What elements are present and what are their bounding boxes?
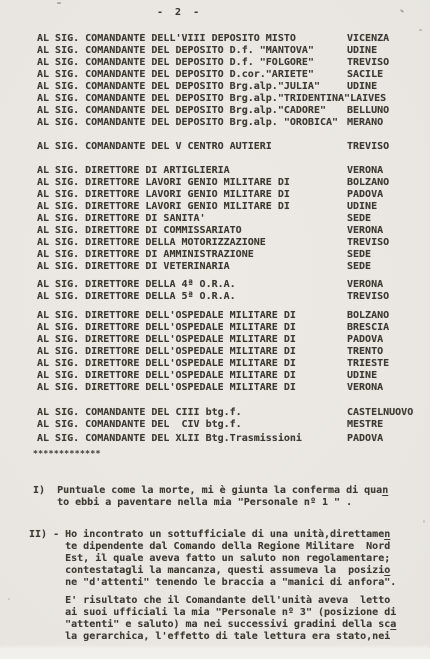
recipient-title: AL SIG. COMANDANTE DEL DEPOSITO Brg.alp.… xyxy=(37,81,320,93)
recipient-title: AL SIG. COMANDANTE DELL'VIII DEPOSITO MI… xyxy=(37,33,296,45)
recipient-city: SEDE xyxy=(347,261,371,273)
paragraph-text: I) Puntuale come la morte, mi è giunta l… xyxy=(33,485,382,496)
hyphenation-underline: n xyxy=(384,529,390,540)
recipient-city: UDINE xyxy=(347,370,377,382)
paragraph-line: contestatagli la mancanza, questi assume… xyxy=(29,565,430,577)
recipient-row: AL SIG. COMANDANTE DELL'VIII DEPOSITO MI… xyxy=(0,33,430,45)
recipient-row: AL SIG. DIRETTORE DELL'OSPEDALE MILITARE… xyxy=(0,346,430,358)
paragraph-line: I) Puntuale come la morte, mi è giunta l… xyxy=(33,485,430,497)
recipient-title: AL SIG. DIRETTORE DELL'OSPEDALE MILITARE… xyxy=(37,334,296,346)
recipient-title: AL SIG. DIRETTORE DELLA 5ª O.R.A. xyxy=(37,291,236,303)
recipient-title: AL SIG. DIRETTORE DELLA MOTORIZZAZIONE xyxy=(37,237,266,249)
recipient-title: AL SIG. DIRETTORE DI SANITA' xyxy=(37,213,206,225)
recipient-row: AL SIG. DIRETTORE DELLA 5ª O.R.A.TREVISO xyxy=(0,291,430,303)
recipient-row: AL SIG. DIRETTORE DELLA 4ª O.R.A.VERONA xyxy=(0,279,430,291)
recipient-city: PADOVA xyxy=(347,189,383,201)
hyphenation-underline: n xyxy=(382,485,388,496)
recipient-city: SACILE xyxy=(347,69,383,81)
recipient-city: VICENZA xyxy=(347,33,389,45)
paragraph-line: ai suoi ufficiali la mia "Personale nº 3… xyxy=(29,607,430,619)
recipient-title: AL SIG. DIRETTORE DELL'OSPEDALE MILITARE… xyxy=(37,382,296,394)
recipient-row: AL SIG. COMANDANTE DEL V CENTRO AUTIERIT… xyxy=(0,141,430,153)
recipient-title: AL SIG. DIRETTORE DI COMMISSARIATO xyxy=(37,225,242,237)
paragraph-text: E' risultato che il Comandante dell'unit… xyxy=(29,595,390,606)
recipient-title: AL SIG. DIRETTORE DELL'OSPEDALE MILITARE… xyxy=(37,310,296,322)
recipient-group-battaglioni: AL SIG. COMANDANTE DEL CIII btg.f.CASTEL… xyxy=(0,407,430,445)
recipient-city: BELLUNO xyxy=(347,105,389,117)
recipient-row: AL SIG. DIRETTORE DELLA MOTORIZZAZIONETR… xyxy=(0,237,430,249)
recipient-title: AL SIG. DIRETTORE LAVORI GENIO MILITARE … xyxy=(37,201,290,213)
asterisk-separator: ************* xyxy=(33,448,101,460)
recipient-city: SEDE xyxy=(347,249,371,261)
recipient-row: AL SIG. DIRETTORE DELL'OSPEDALE MILITARE… xyxy=(0,358,430,370)
recipient-title: AL SIG. COMANDANTE DEL CIV btg.f. xyxy=(37,419,242,431)
scanned-document-page: { "header": { "page_label": "- 2 -" }, "… xyxy=(0,0,430,659)
recipient-title: AL SIG. DIRETTORE LAVORI GENIO MILITARE … xyxy=(37,177,290,189)
recipient-title: AL SIG. COMANDANTE DEL DEPOSITO Brg.alp.… xyxy=(37,117,338,129)
paragraph-line: "attenti" e saluto) ma nei successivi gr… xyxy=(29,619,430,631)
paragraph-text: "attenti" e saluto) ma nei successivi gr… xyxy=(29,619,390,630)
paragraph-section-2: II) - Ho incontrato un sottufficiale di … xyxy=(29,529,430,643)
recipient-city: TRIESTE xyxy=(347,358,389,370)
recipient-city: LAIVES xyxy=(350,93,386,104)
paragraph-text: contestatagli la mancanza, questi assume… xyxy=(29,565,384,576)
recipient-row: AL SIG. DIRETTORE DELL'OSPEDALE MILITARE… xyxy=(0,310,430,322)
recipient-row: AL SIG. COMANDANTE DEL CIV btg.f.MESTRE xyxy=(0,419,430,431)
paragraph-line: E' risultato che il Comandante dell'unit… xyxy=(29,595,430,607)
page-number: - 2 - xyxy=(157,7,199,19)
recipient-row: AL SIG. COMANDANTE DEL DEPOSITO Brg.alp.… xyxy=(0,93,430,105)
paragraph-text: la gerarchica, l'effetto di tale lettura… xyxy=(29,631,390,642)
recipient-title: AL SIG. COMANDANTE DEL DEPOSITO D.f. "MA… xyxy=(37,45,314,57)
recipient-city: VERONA xyxy=(347,382,383,394)
recipient-row: AL SIG. DIRETTORE DELL'OSPEDALE MILITARE… xyxy=(0,322,430,334)
recipient-row: AL SIG. DIRETTORE DI COMMISSARIATOVERONA xyxy=(0,225,430,237)
recipient-city: TREVISO xyxy=(347,237,389,249)
paragraph-line: to ebbi a paventare nella mia "Personale… xyxy=(33,497,430,509)
recipient-row: AL SIG. DIRETTORE DI SANITA'SEDE xyxy=(0,213,430,225)
paragraph-line: te dipendente dal Comando della Regione … xyxy=(29,541,430,553)
recipient-city: TRENTO xyxy=(347,346,383,358)
recipient-group-direttori: AL SIG. DIRETTORE DI ARTIGLIERIAVERONA A… xyxy=(0,165,430,273)
recipient-row: AL SIG. DIRETTORE DELL'OSPEDALE MILITARE… xyxy=(0,382,430,394)
paragraph-line: II) - Ho incontrato un sottufficiale di … xyxy=(29,529,430,541)
recipient-title: AL SIG. COMANDANTE DEL XLII Btg.Trasmiss… xyxy=(37,433,302,445)
recipient-city: TREVISO xyxy=(347,57,389,69)
recipient-row: AL SIG. COMANDANTE DEL DEPOSITO Brg.alp.… xyxy=(0,117,430,129)
recipient-row: AL SIG. COMANDANTE DEL XLII Btg.Trasmiss… xyxy=(0,433,430,445)
scan-speck xyxy=(419,29,422,31)
recipient-title: AL SIG. COMANDANTE DEL DEPOSITO D.f. "FO… xyxy=(37,57,314,69)
recipient-city: MERANO xyxy=(347,117,383,129)
paragraph-text: ne "d'attenti" tenendo le braccia a "man… xyxy=(29,577,396,588)
recipient-row: AL SIG. COMANDANTE DEL DEPOSITO Brg.alp.… xyxy=(0,81,430,93)
scan-speck xyxy=(57,2,61,4)
recipient-title: AL SIG. DIRETTORE DI VETERINARIA xyxy=(37,261,230,273)
recipient-row: AL SIG. COMANDANTE DEL DEPOSITO D.f. "MA… xyxy=(0,45,430,57)
recipient-city: TREVISO xyxy=(347,141,389,153)
recipient-city: VERONA xyxy=(347,225,383,237)
recipient-city: UDINE xyxy=(347,81,377,93)
recipient-row: AL SIG. COMANDANTE DEL CIII btg.f.CASTEL… xyxy=(0,407,430,419)
paragraph-line: la gerarchica, l'effetto di tale lettura… xyxy=(29,631,430,643)
recipient-city: TREVISO xyxy=(347,291,389,303)
recipient-row: AL SIG. DIRETTORE DI ARTIGLIERIAVERONA xyxy=(0,165,430,177)
recipient-city: PADOVA xyxy=(347,334,383,346)
paragraph-line: ne "d'attenti" tenendo le braccia a "man… xyxy=(29,577,430,589)
recipient-row: AL SIG. DIRETTORE LAVORI GENIO MILITARE … xyxy=(0,177,430,189)
recipient-row: AL SIG. DIRETTORE DELL'OSPEDALE MILITARE… xyxy=(0,370,430,382)
recipient-row: AL SIG. COMANDANTE DEL DEPOSITO D.f. "FO… xyxy=(0,57,430,69)
hyphenation-underline: a xyxy=(390,619,396,630)
paragraph-text: Est, il quale aveva fatto un saluto non … xyxy=(29,553,390,564)
recipient-city: BOLZANO xyxy=(347,310,389,322)
recipient-group-ora: AL SIG. DIRETTORE DELLA 4ª O.R.A.VERONA … xyxy=(0,279,430,303)
paragraph-text: to ebbi a paventare nella mia "Personale… xyxy=(33,497,352,508)
paragraph-text: te dipendente dal Comando della Regione … xyxy=(29,541,390,552)
recipient-row: AL SIG. DIRETTORE DI AMMINISTRAZIONESEDE xyxy=(0,249,430,261)
recipient-title: AL SIG. DIRETTORE LAVORI GENIO MILITARE … xyxy=(37,189,290,201)
recipient-group-ospedali: AL SIG. DIRETTORE DELL'OSPEDALE MILITARE… xyxy=(0,310,430,394)
recipient-city: MESTRE xyxy=(347,419,383,431)
recipient-title: AL SIG. DIRETTORE DELL'OSPEDALE MILITARE… xyxy=(37,370,296,382)
scan-speck xyxy=(400,9,404,13)
hyphenation-underline: o xyxy=(384,565,390,576)
recipient-row: AL SIG. DIRETTORE DI VETERINARIASEDE xyxy=(0,261,430,273)
paragraph-text: ai suoi ufficiali la mia "Personale nº 3… xyxy=(29,607,396,618)
recipient-title: AL SIG. DIRETTORE DELLA 4ª O.R.A. xyxy=(37,279,236,291)
paragraph-line: Est, il quale aveva fatto un saluto non … xyxy=(29,553,430,565)
recipient-city: PADOVA xyxy=(347,433,383,445)
recipient-title: AL SIG. COMANDANTE DEL CIII btg.f. xyxy=(37,407,242,419)
recipient-title: AL SIG. COMANDANTE DEL DEPOSITO D.cor."A… xyxy=(37,69,314,81)
recipient-title: AL SIG. COMANDANTE DEL V CENTRO AUTIERI xyxy=(37,141,272,153)
recipient-city: CASTELNUOVO xyxy=(347,407,413,419)
recipient-city: UDINE xyxy=(347,45,377,57)
recipient-title: AL SIG. DIRETTORE DELL'OSPEDALE MILITARE… xyxy=(37,358,296,370)
recipient-row: AL SIG. COMANDANTE DEL DEPOSITO D.cor."A… xyxy=(0,69,430,81)
recipient-row: AL SIG. DIRETTORE DELL'OSPEDALE MILITARE… xyxy=(0,334,430,346)
recipient-title: AL SIG. DIRETTORE DI ARTIGLIERIA xyxy=(37,165,230,177)
scan-edge xyxy=(0,648,430,659)
recipient-title: AL SIG. DIRETTORE DELL'OSPEDALE MILITARE… xyxy=(37,322,296,334)
recipient-group-depositi: AL SIG. COMANDANTE DELL'VIII DEPOSITO MI… xyxy=(0,33,430,129)
scan-speck xyxy=(423,520,425,523)
recipient-row: AL SIG. COMANDANTE DEL DEPOSITO Brg.alp.… xyxy=(0,105,430,117)
recipient-city: BOLZANO xyxy=(347,177,389,189)
recipient-row: AL SIG. DIRETTORE LAVORI GENIO MILITARE … xyxy=(0,201,430,213)
recipient-city: SEDE xyxy=(347,213,371,225)
recipient-group-centro-autieri: AL SIG. COMANDANTE DEL V CENTRO AUTIERIT… xyxy=(0,141,430,153)
paragraph-text: II) - Ho incontrato un sottufficiale di … xyxy=(29,529,384,540)
recipient-city: BRESCIA xyxy=(347,322,389,334)
recipient-city: VERONA xyxy=(347,279,383,291)
paragraph-section-1: I) Puntuale come la morte, mi è giunta l… xyxy=(33,485,430,509)
scan-speck xyxy=(8,598,10,600)
recipient-title: AL SIG. DIRETTORE DI AMMINISTRAZIONE xyxy=(37,249,254,261)
recipient-title: AL SIG. COMANDANTE DEL DEPOSITO Brg.alp.… xyxy=(37,105,326,117)
recipient-city: VERONA xyxy=(347,165,383,177)
recipient-title: AL SIG. DIRETTORE DELL'OSPEDALE MILITARE… xyxy=(37,346,296,358)
recipient-title: AL SIG. COMANDANTE DEL DEPOSITO Brg.alp.… xyxy=(37,93,350,104)
recipient-city: UDINE xyxy=(347,201,377,213)
recipient-row: AL SIG. DIRETTORE LAVORI GENIO MILITARE … xyxy=(0,189,430,201)
